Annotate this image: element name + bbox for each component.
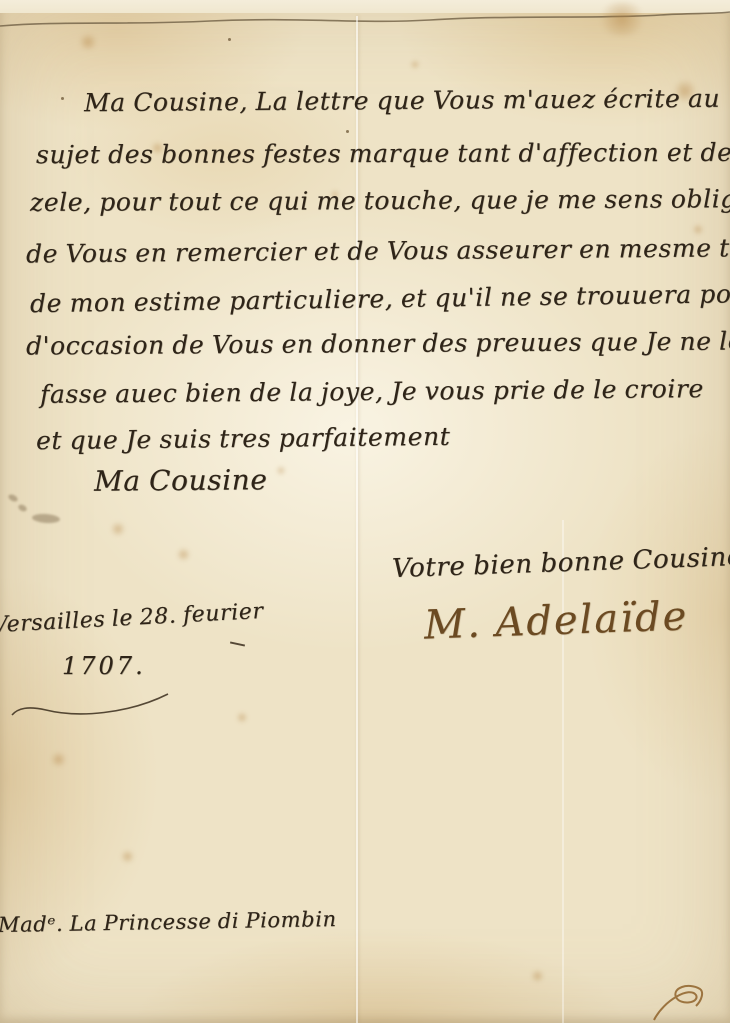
ink-smudge [7, 493, 19, 503]
dateline-place: Versailles le 28. feurier [0, 599, 264, 638]
fold-crease [562, 520, 564, 1023]
pen-dash [230, 641, 245, 646]
stain [530, 970, 545, 982]
signature: M. Adelaïde [423, 593, 689, 648]
ink-smudge [17, 503, 28, 513]
stain [236, 712, 248, 723]
closing-salutation: Ma Cousine [94, 463, 268, 498]
letter-body-line: d'occasion de Vous en donner des preuues… [26, 326, 730, 360]
pen-flourish [8, 688, 178, 722]
stain [78, 34, 98, 50]
letter-body-line: fasse auec bien de la joye, Je vous prie… [40, 374, 704, 409]
stain [50, 752, 67, 767]
letter-body-line: zele, pour tout ce qui me touche, que je… [30, 184, 730, 217]
letter-body-line: de Vous en remercier et de Vous asseurer… [26, 232, 730, 268]
ink-speck [228, 38, 231, 41]
ink-speck [61, 97, 64, 100]
stain [410, 60, 420, 69]
stain [110, 522, 126, 536]
dateline-year: 1707. [62, 652, 146, 680]
letter-body-line: sujet des bonnes festes marque tant d'af… [36, 138, 730, 169]
stain [276, 466, 286, 475]
ink-smudge [32, 513, 61, 524]
addressee-line: Madᵉ. La Princesse di Piombin [0, 907, 337, 937]
letter-body-line: Ma Cousine, La lettre que Vous m'auez éc… [84, 84, 720, 117]
stain [176, 548, 191, 561]
letter-body-line: et que Je suis tres parfaitement [36, 422, 451, 455]
valediction: Votre bien bonne Cousine [392, 542, 730, 584]
stain [120, 850, 135, 863]
ink-speck [346, 130, 349, 133]
stain [596, 2, 648, 36]
letter-page: Ma Cousine, La lettre que Vous m'auez éc… [0, 0, 730, 1023]
corner-ink-mark [646, 978, 716, 1023]
letter-body-line: de mon estime particuliere, et qu'il ne … [30, 279, 730, 318]
